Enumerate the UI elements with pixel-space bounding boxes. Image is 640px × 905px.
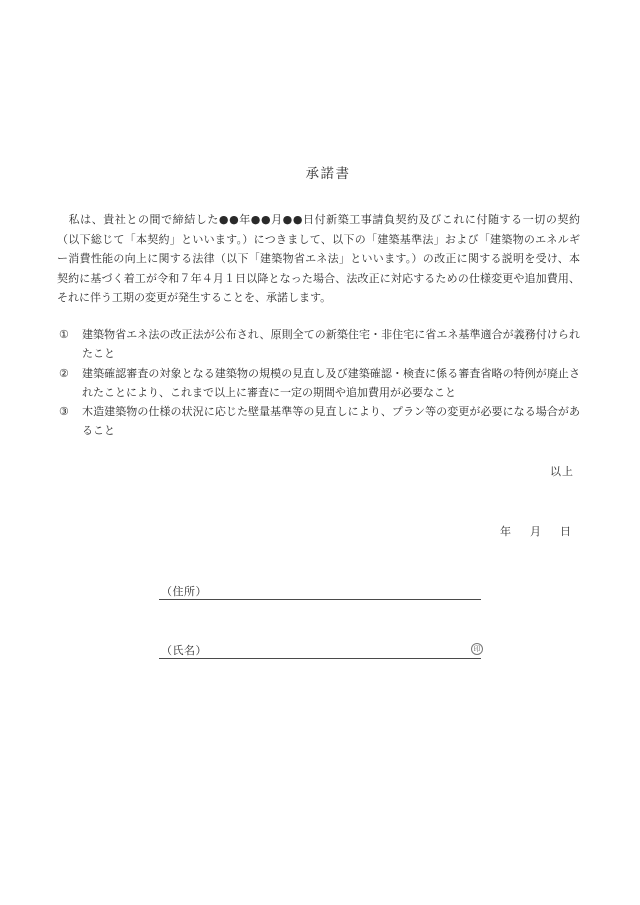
day-label: 日 — [560, 523, 571, 539]
list-item-line: 建築確認審査の対象となる建築物の規模の見直し及び建築確認・検査に係る審査省略の特… — [82, 364, 580, 383]
body-paragraph: 私は、貴社との間で締結した●●年●●月●●日付新築工事請負契約及びこれに付随する… — [57, 210, 580, 308]
list-item: ① 建築物省エネ法の改正法が公布され、原則全ての新築住宅・非住宅に省エネ基準適合… — [57, 325, 580, 364]
list-item-line: 木造建築物の仕様の状況に応じた壁量基準等の見直しにより、プラン等の変更が必要にな… — [82, 402, 580, 421]
list-item-line: たこと — [82, 344, 580, 363]
list-item: ② 建築確認審査の対象となる建築物の規模の見直し及び建築確認・検査に係る審査省略… — [57, 364, 580, 403]
list-item-number: ③ — [57, 402, 82, 441]
consent-document-page: 承諾書 私は、貴社との間で締結した●●年●●月●●日付新築工事請負契約及びこれに… — [0, 0, 640, 905]
list-item: ③ 木造建築物の仕様の状況に応じた壁量基準等の見直しにより、プラン等の変更が必要… — [57, 402, 580, 441]
paragraph-line: （以下総じて「本契約」といいます。）につきまして、以下の「建築基準法」および「建… — [57, 230, 580, 250]
address-field: （住所） — [159, 582, 481, 600]
paragraph-line: ー消費性能の向上に関する法律（以下「建築物省エネ法」といいます。）の改正に関する… — [57, 249, 580, 269]
paragraph-line: それに伴う工期の変更が発生することを、承諾します。 — [57, 288, 580, 308]
month-label: 月 — [530, 523, 541, 539]
list-item-line: 建築物省エネ法の改正法が公布され、原則全ての新築住宅・非住宅に省エネ基準適合が義… — [82, 325, 580, 344]
list-item-text: 建築確認審査の対象となる建築物の規模の見直し及び建築確認・検査に係る審査省略の特… — [82, 364, 580, 403]
list-item-number: ① — [57, 325, 82, 364]
date-line: 年 月 日 — [500, 523, 571, 539]
paragraph-line: 私は、貴社との間で締結した●●年●●月●●日付新築工事請負契約及びこれに付随する… — [57, 210, 580, 230]
year-label: 年 — [500, 523, 511, 539]
closing-label: 以上 — [57, 463, 574, 479]
numbered-list: ① 建築物省エネ法の改正法が公布され、原則全ての新築住宅・非住宅に省エネ基準適合… — [57, 325, 580, 441]
name-field: （氏名） 印 — [159, 641, 481, 659]
seal-mark: 印 — [474, 646, 481, 653]
list-item-text: 木造建築物の仕様の状況に応じた壁量基準等の見直しにより、プラン等の変更が必要にな… — [82, 402, 580, 441]
seal-stamp-circle: 印 — [471, 643, 483, 655]
list-item-text: 建築物省エネ法の改正法が公布され、原則全ての新築住宅・非住宅に省エネ基準適合が義… — [82, 325, 580, 364]
list-item-line: れたことにより、これまで以上に審査に一定の期間や追加費用が必要なこと — [82, 383, 580, 402]
paragraph-line: 契約に基づく着工が令和７年４月１日以降となった場合、法改正に対応するための仕様変… — [57, 269, 580, 289]
list-item-line: ること — [82, 421, 580, 440]
document-title: 承諾書 — [57, 162, 580, 182]
address-label: （住所） — [161, 585, 207, 598]
list-item-number: ② — [57, 364, 82, 403]
name-label: （氏名） — [161, 644, 207, 657]
